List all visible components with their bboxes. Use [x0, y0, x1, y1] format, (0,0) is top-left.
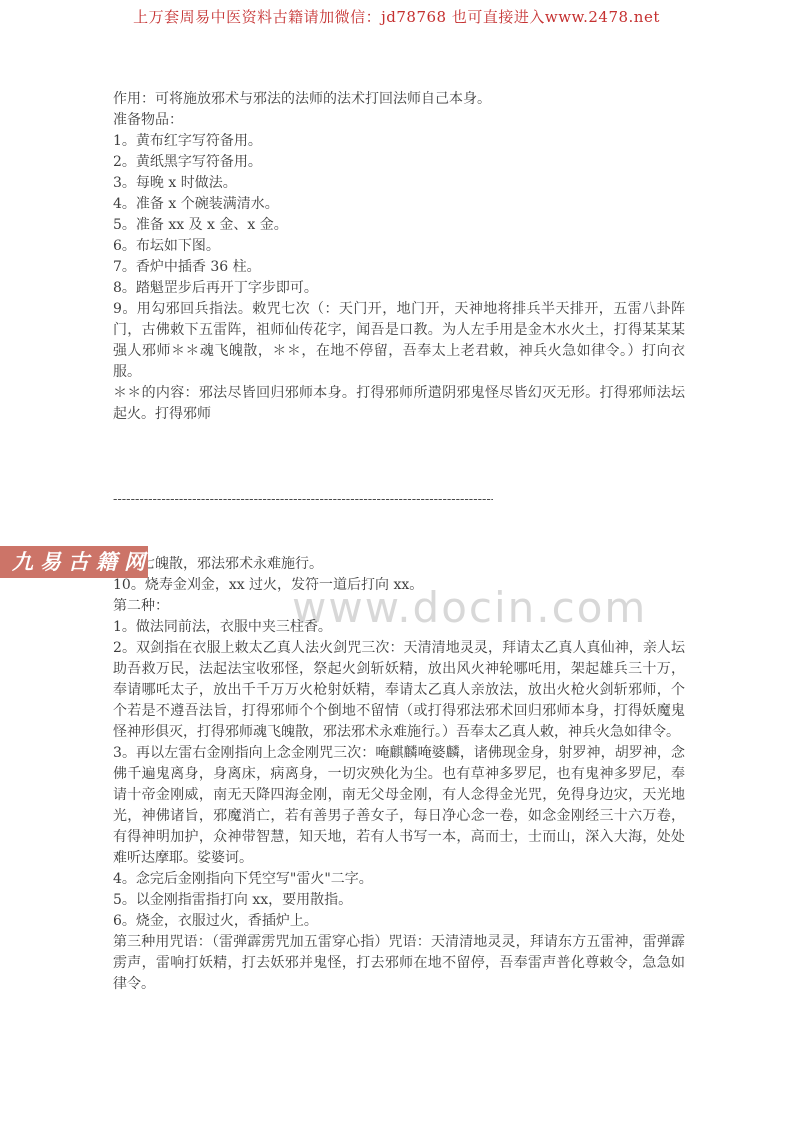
paragraph: 第三种用咒语：（雷弹霹雳咒加五雷穿心指）咒语：天清清地灵灵，拜请东方五雷神，雷弹… [113, 932, 685, 995]
document-page: 上万套周易中医资料古籍请加微信：jd78768 也可直接进入www.2478.n… [0, 0, 793, 1123]
section-1: 作用：可将施放邪术与邪法的法师的法术打回法师自己本身。 准备物品： 1。黄布红字… [113, 89, 685, 425]
site-logo-watermark: 九易古籍网 [0, 546, 148, 578]
paragraph: 8。踏魁罡步后再开丁字步即可。 [113, 278, 685, 299]
paragraph: 3。每晚 x 时做法。 [113, 173, 685, 194]
paragraph: 7。香炉中插香 36 柱。 [113, 257, 685, 278]
section-2: 三魂七魄散，邪法邪术永难施行。 10。烧寿金刈金，xx 过火，发符一道后打向 x… [113, 554, 685, 995]
dashed-separator: ----------------------------------------… [113, 489, 493, 510]
paragraph: 2。黄纸黑字写符备用。 [113, 152, 685, 173]
paragraph: 4。念完后金刚指向下凭空写"雷火"二字。 [113, 869, 685, 890]
paragraph: 2。双剑指在衣服上敕太乙真人法火剑咒三次：天清清地灵灵，拜请太乙真人真仙神，亲人… [113, 638, 685, 743]
paragraph: 10。烧寿金刈金，xx 过火，发符一道后打向 xx。 [113, 575, 685, 596]
paragraph: 6。烧金，衣服过火，香插炉上。 [113, 911, 685, 932]
header-banner: 上万套周易中医资料古籍请加微信：jd78768 也可直接进入www.2478.n… [0, 6, 793, 27]
paragraph: 9。用勾邪回兵指法。敕咒七次（：天门开，地门开，天神地将排兵半天排开，五雷八卦阵… [113, 299, 685, 383]
paragraph: 5。准备 xx 及 x 金、x 金。 [113, 215, 685, 236]
paragraph: 作用：可将施放邪术与邪法的法师的法术打回法师自己本身。 [113, 89, 685, 110]
paragraph: 3。再以左雷右金刚指向上念金刚咒三次：唵麒麟唵婆麟，诸佛现金身，射罗神，胡罗神，… [113, 743, 685, 869]
paragraph: 1。黄布红字写符备用。 [113, 131, 685, 152]
paragraph: 6。布坛如下图。 [113, 236, 685, 257]
paragraph: 第二种： [113, 596, 685, 617]
paragraph: 4。准备 x 个碗装满清水。 [113, 194, 685, 215]
paragraph: 准备物品： [113, 110, 685, 131]
body-column: 作用：可将施放邪术与邪法的法师的法术打回法师自己本身。 准备物品： 1。黄布红字… [113, 89, 685, 995]
paragraph: 5。以金刚指雷指打向 xx，要用散指。 [113, 890, 685, 911]
paragraph: 1。做法同前法，衣服中夹三柱香。 [113, 617, 685, 638]
paragraph: 三魂七魄散，邪法邪术永难施行。 [113, 554, 685, 575]
paragraph: ＊＊的内容：邪法尽皆回归邪师本身。打得邪师所遣阴邪鬼怪尽皆幻灭无形。打得邪师法坛… [113, 383, 685, 425]
